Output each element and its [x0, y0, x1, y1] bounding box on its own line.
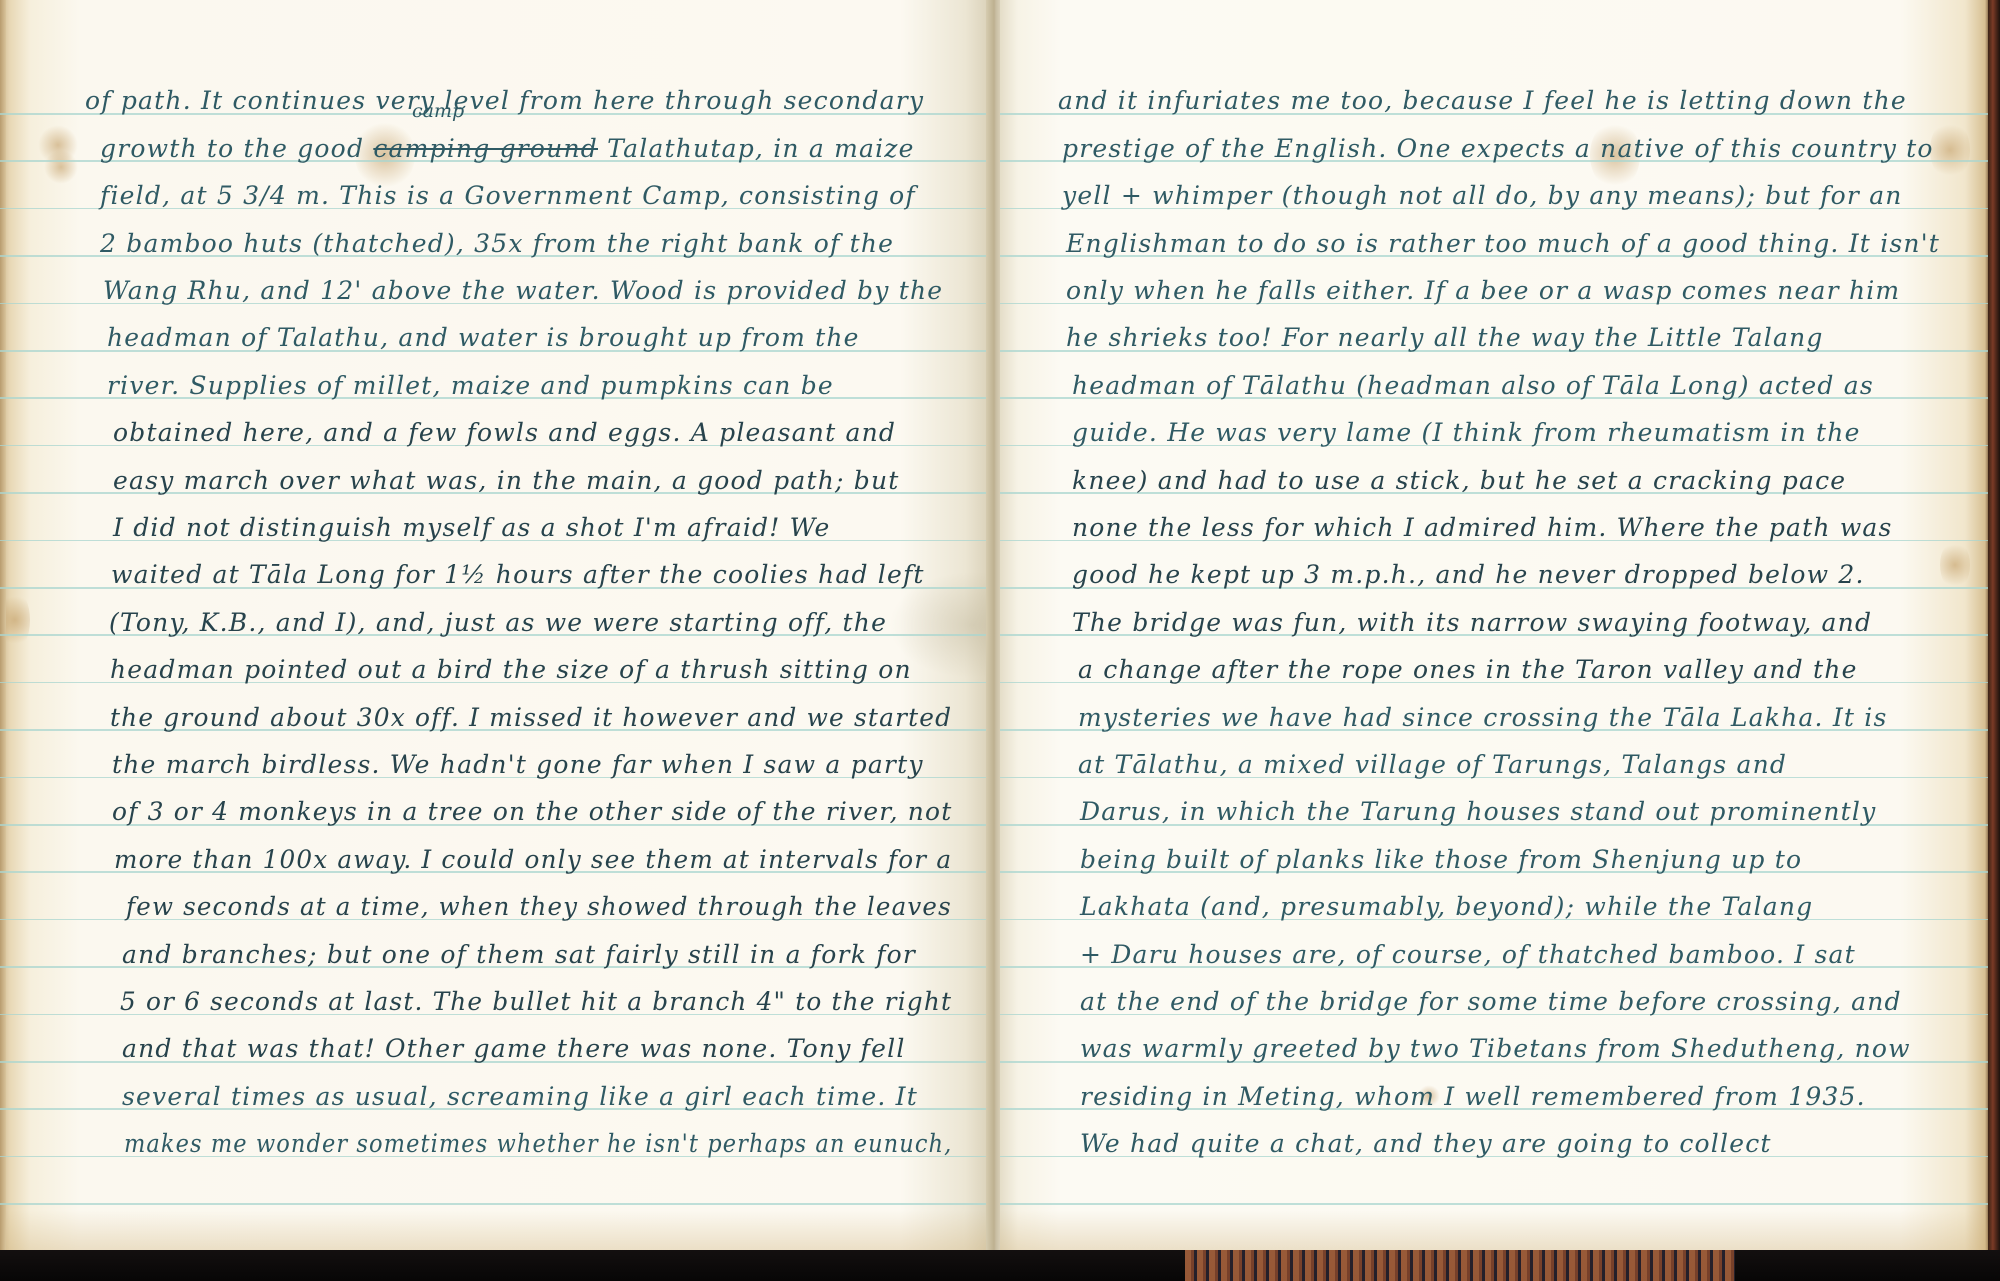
handwritten-line: waited at Tāla Long for 1½ hours after t… [111, 560, 925, 589]
handwritten-line: Lakhata (and, presumably, beyond); while… [1080, 892, 1813, 921]
handwritten-line: and that was that! Other game there was … [122, 1034, 906, 1063]
handwritten-line: the ground about 30x off. I missed it ho… [110, 703, 952, 732]
background-surface [0, 1248, 2000, 1281]
handwritten-line: Darus, in which the Tarung houses stand … [1080, 797, 1876, 826]
handwritten-line: and branches; but one of them sat fairly… [122, 940, 916, 969]
handwritten-line: of 3 or 4 monkeys in a tree on the other… [112, 797, 952, 826]
handwritten-line: headman of Talathu, and water is brought… [107, 323, 860, 352]
handwritten-line: prestige of the English. One expects a n… [1062, 134, 1934, 163]
handwritten-line: at the end of the bridge for some time b… [1080, 987, 1902, 1016]
foxing-stain [1940, 540, 1970, 590]
handwritten-line: Wang Rhu, and 12' above the water. Wood … [103, 276, 943, 305]
handwritten-line: more than 100x away. I could only see th… [114, 845, 952, 874]
handwritten-line: the march birdless. We hadn't gone far w… [112, 750, 924, 779]
rule-line [1000, 1203, 1990, 1205]
handwritten-line: residing in Meting, whom I well remember… [1080, 1082, 1866, 1111]
handwritten-line: obtained here, and a few fowls and eggs.… [113, 418, 896, 447]
handwritten-line: was warmly greeted by two Tibetans from … [1080, 1034, 1911, 1063]
rule-line [0, 1203, 992, 1205]
handwritten-line: Englishman to do so is rather too much o… [1066, 229, 1940, 258]
handwritten-text: growth to the good [100, 134, 364, 163]
handwritten-line: The bridge was fun, with its narrow sway… [1072, 608, 1872, 637]
foxing-stain [44, 150, 78, 184]
handwritten-line: guide. He was very lame (I think from rh… [1072, 418, 1861, 447]
handwritten-line: headman of Tālathu (headman also of Tāla… [1072, 371, 1874, 400]
handwritten-line: knee) and had to use a stick, but he set… [1072, 466, 1846, 495]
handwritten-line: none the less for which I admired him. W… [1072, 513, 1893, 542]
water-stain [0, 1210, 992, 1250]
foxing-stain [1930, 120, 1970, 180]
handwritten-line: at Tālathu, a mixed village of Tarungs, … [1078, 750, 1787, 779]
handwritten-line: field, at 5 3/4 m. This is a Government … [100, 181, 916, 210]
fabric-under-book [1185, 1248, 1735, 1281]
handwritten-line: We had quite a chat, and they are going … [1080, 1129, 1772, 1158]
handwritten-line: makes me wonder sometimes whether he isn… [124, 1129, 952, 1158]
book-cover-edge [1988, 0, 2000, 1250]
handwritten-line: of path. It continues very level from he… [85, 86, 924, 115]
handwritten-line: + Daru houses are, of course, of thatche… [1080, 940, 1856, 969]
struck-out-text: camping ground [373, 134, 598, 163]
handwritten-line: yell + whimper (though not all do, by an… [1062, 181, 1903, 210]
handwritten-line: growth to the good camping ground Talath… [100, 134, 915, 163]
left-page: of path. It continues very level from he… [0, 0, 992, 1250]
inserted-correction: camp [412, 100, 464, 122]
handwritten-line: headman pointed out a bird the size of a… [110, 655, 912, 684]
handwritten-line: only when he falls either. If a bee or a… [1066, 276, 1900, 305]
handwritten-text: Talathutap, in a maize [607, 134, 915, 163]
handwritten-line: being built of planks like those from Sh… [1080, 845, 1802, 874]
handwritten-line: several times as usual, screaming like a… [122, 1082, 918, 1111]
handwritten-line: a change after the rope ones in the Taro… [1078, 655, 1858, 684]
handwritten-line: few seconds at a time, when they showed … [126, 892, 952, 921]
handwritten-line: (Tony, K.B., and I), and, just as we wer… [109, 608, 887, 637]
handwritten-line: 2 bamboo huts (thatched), 35x from the r… [100, 229, 894, 258]
handwritten-line: and it infuriates me too, because I feel… [1058, 86, 1907, 115]
right-page: and it infuriates me too, because I feel… [1000, 0, 1990, 1250]
water-stain [1000, 1210, 1990, 1250]
handwritten-line: 5 or 6 seconds at last. The bullet hit a… [120, 987, 952, 1016]
page-edge [0, 0, 6, 1250]
handwritten-line: good he kept up 3 m.p.h., and he never d… [1072, 560, 1865, 589]
handwritten-line: river. Supplies of millet, maize and pum… [107, 371, 834, 400]
handwritten-line: easy march over what was, in the main, a… [113, 466, 900, 495]
handwritten-line: I did not distinguish myself as a shot I… [113, 513, 830, 542]
handwritten-line: he shrieks too! For nearly all the way t… [1066, 323, 1824, 352]
handwritten-line: mysteries we have had since crossing the… [1078, 703, 1888, 732]
